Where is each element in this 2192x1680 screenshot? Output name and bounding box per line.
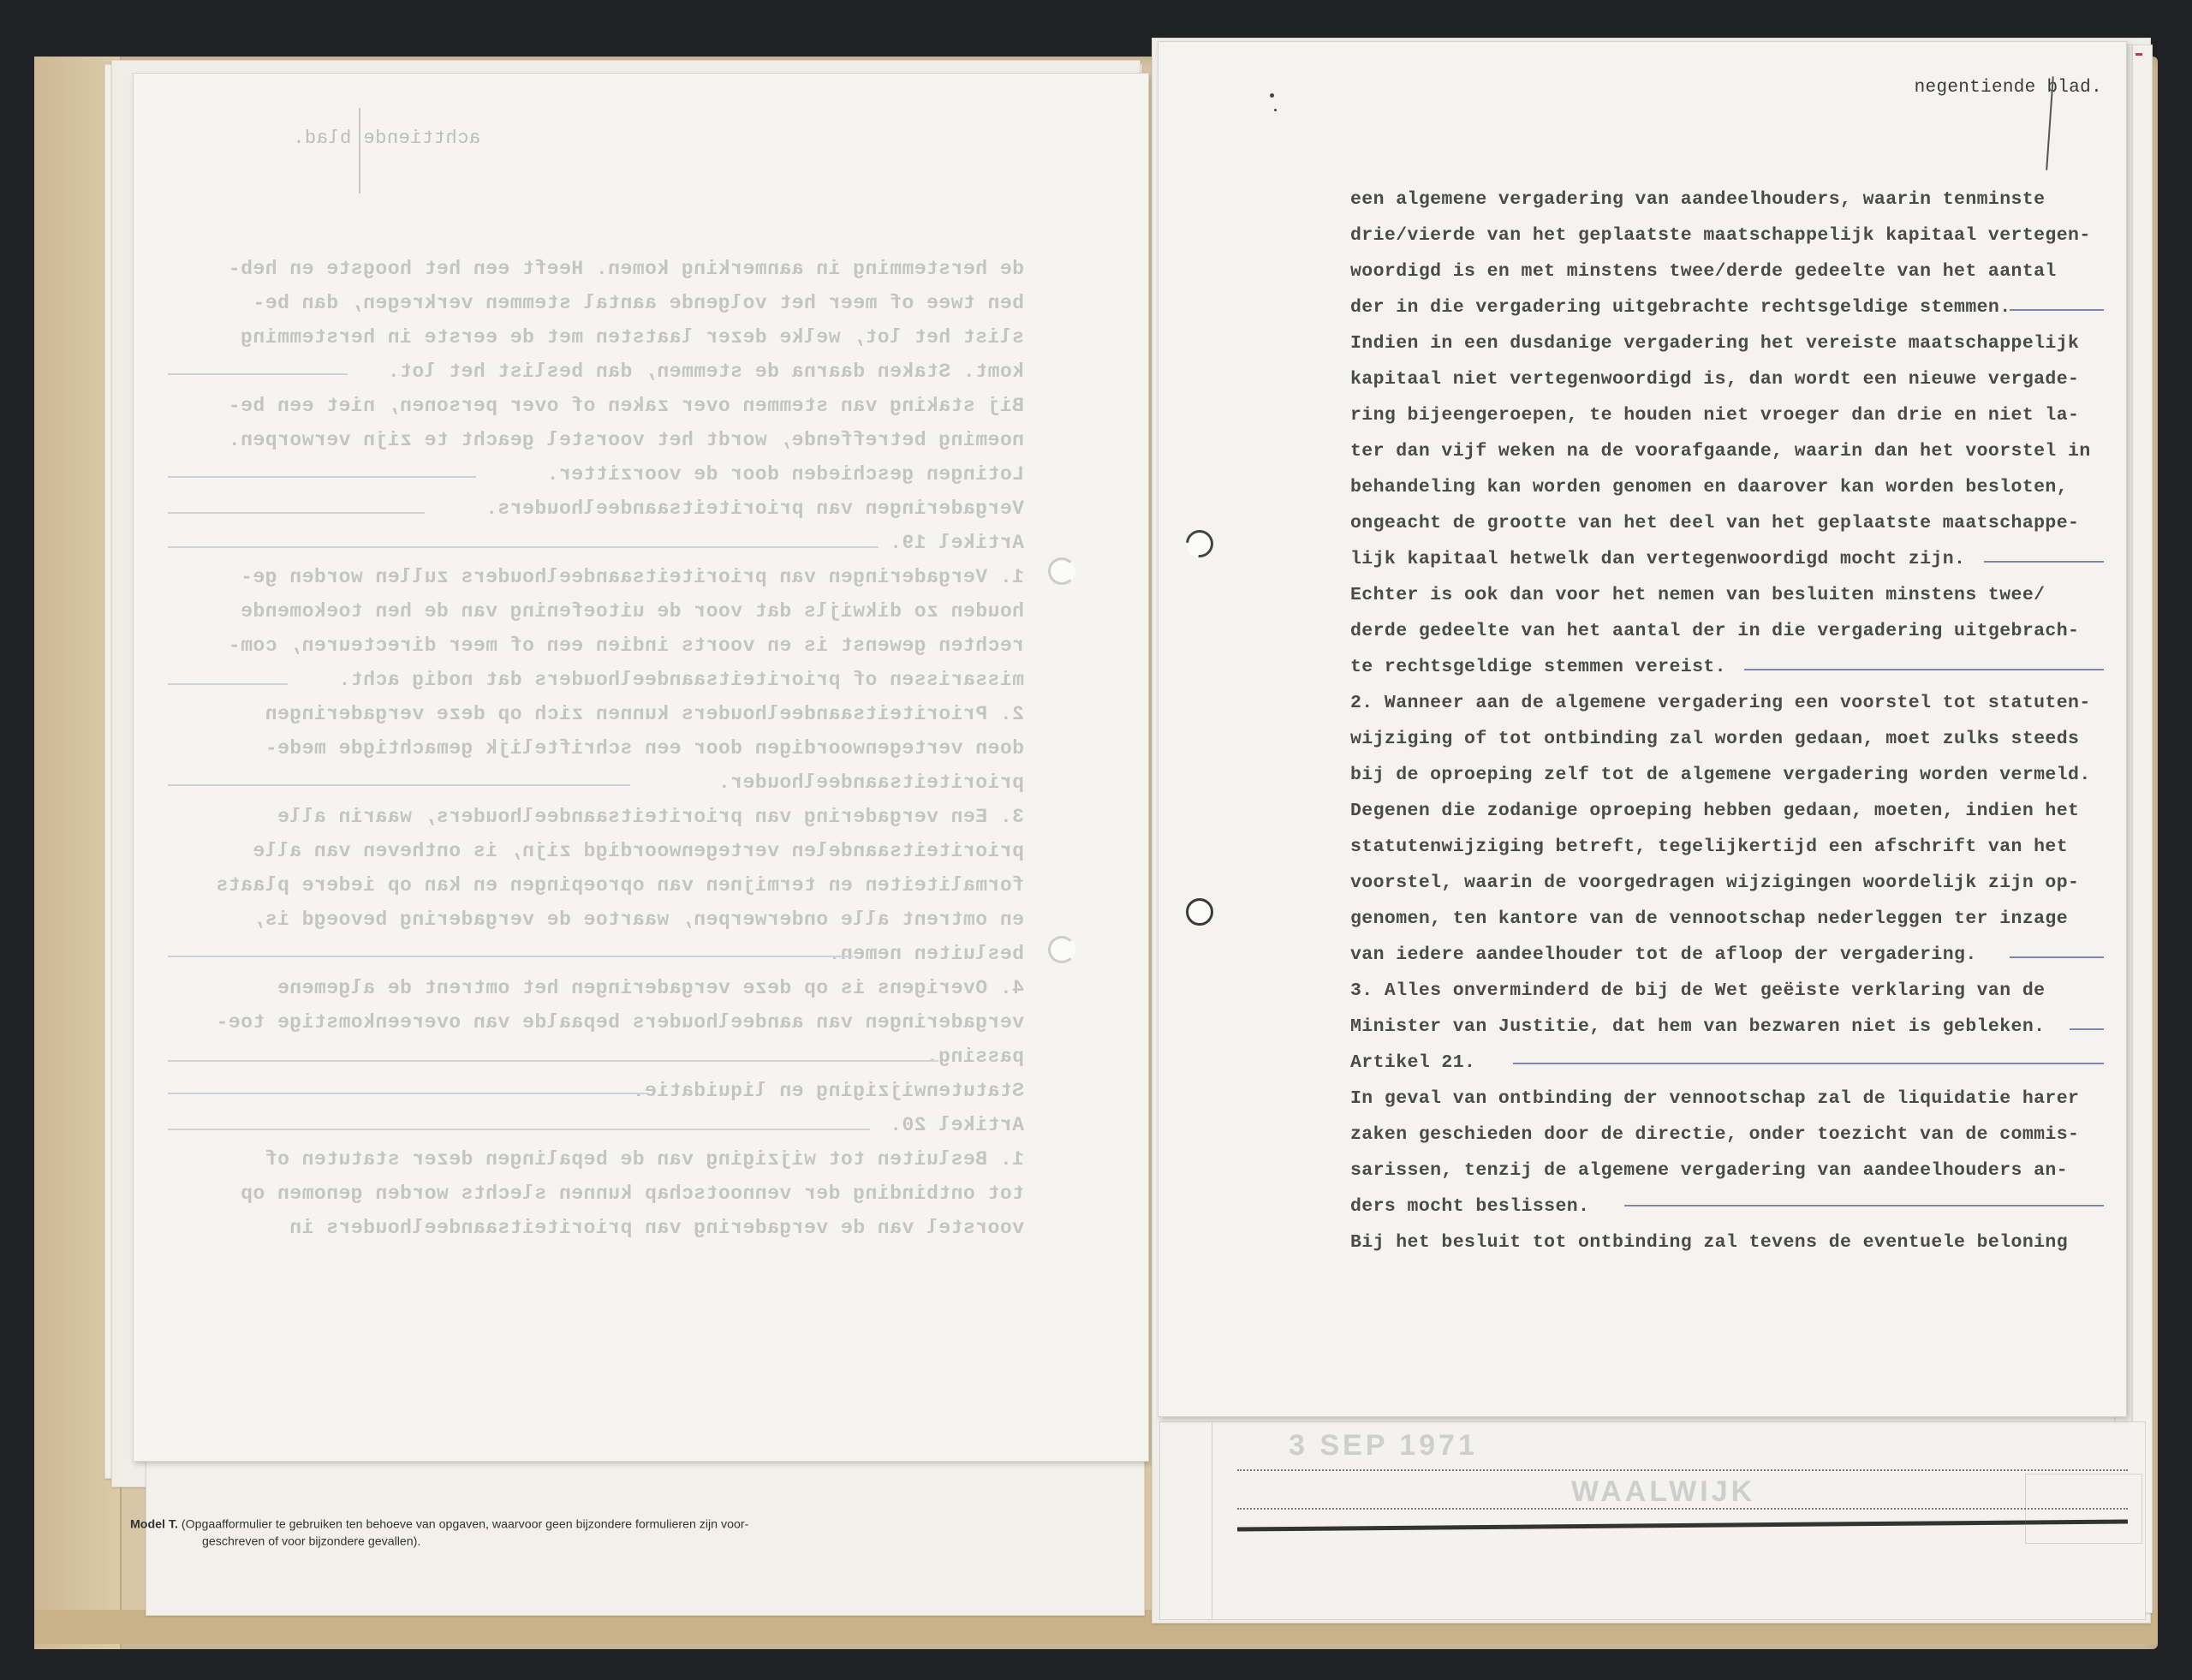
text-line: rechten gewenst is en voorts indien een …	[228, 634, 1024, 657]
fill-rule	[2070, 1028, 2104, 1030]
text-line: prioriteitsaandeelhouder.	[718, 771, 1024, 794]
text-line: In geval van ontbinding der vennootschap…	[1350, 1088, 2079, 1109]
text-line: 3. Een vergadering van prioriteitsaandee…	[277, 806, 1024, 828]
text-line: Artikel 20.	[890, 1114, 1024, 1136]
form-caption-text-2: geschreven of voor bijzondere gevallen).	[130, 1533, 1325, 1550]
text-line: Artikel 21.	[1350, 1052, 1475, 1073]
text-line: woordigd is en met minstens twee/derde g…	[1350, 261, 2057, 282]
page-header: negentiende blad.	[1915, 78, 2102, 98]
fill-rule	[168, 1060, 938, 1062]
punch-hole	[1186, 898, 1213, 926]
text-line: van iedere aandeelhouder tot de afloop d…	[1350, 944, 1977, 965]
text-line: de herstemming in aanmerking komen. Heef…	[228, 258, 1024, 280]
text-line: Minister van Justitie, dat hem van bezwa…	[1350, 1016, 2045, 1037]
text-line: statutenwijziging betreft, tegelijkertij…	[1350, 837, 2068, 857]
text-line: lijk kapitaal hetwelk dan vertegenwoordi…	[1350, 549, 1965, 569]
text-line: en omtrent alle onderwerpen, waartoe de …	[253, 909, 1024, 931]
text-line: zaken geschieden door de directie, onder…	[1350, 1124, 2079, 1145]
text-line: prioriteitsaandelen vertegenwoordigd zij…	[253, 840, 1024, 862]
left-page-header: achttiende blad.	[293, 128, 480, 149]
text-line: kapitaal niet vertegenwoordigd is, dan w…	[1350, 369, 2079, 390]
fill-rule	[168, 1093, 647, 1094]
right-page: negentiende blad. een algemene vergaderi…	[1158, 41, 2127, 1417]
text-line: genomen, ten kantore van de vennootschap…	[1350, 909, 2068, 929]
date-stamp: 3 SEP 1971	[1289, 1429, 1478, 1463]
text-line: drie/vierde van het geplaatste maatschap…	[1350, 225, 2091, 246]
text-line: ben twee of meer het volgende aantal ste…	[253, 292, 1024, 314]
text-line: voorstel van de vergadering van priorite…	[289, 1217, 1024, 1239]
text-line: missarissen of prioriteitsaandeelhouders…	[338, 669, 1024, 691]
red-tab-marker	[2135, 53, 2142, 56]
fill-rule	[168, 1129, 870, 1130]
dotted-line	[1237, 1469, 2128, 1471]
place-stamp: WAALWIJK	[1571, 1475, 1755, 1509]
punch-hole	[1048, 557, 1075, 585]
fill-rule	[2010, 956, 2104, 958]
fill-rule	[1984, 561, 2104, 563]
text-line: ongeacht de grootte van het deel van het…	[1350, 513, 2079, 533]
text-line: te rechtsgeldige stemmen vereist.	[1350, 657, 1726, 677]
text-line: Bij staking van stemmen over zaken of ov…	[228, 395, 1024, 417]
text-line: een algemene vergadering van aandeelhoud…	[1350, 189, 2045, 210]
signature-mark	[359, 108, 360, 194]
text-line: passing.	[926, 1046, 1024, 1068]
form-caption-text: (Opgaafformulier te gebruiken ten behoev…	[182, 1517, 748, 1531]
fill-rule	[1744, 669, 2104, 670]
text-line: 2. Wanneer aan de algemene vergadering e…	[1350, 693, 2091, 713]
fill-rule	[168, 373, 348, 375]
text-line: 1. Besluiten tot wijziging van de bepali…	[265, 1148, 1024, 1171]
fill-rule	[1513, 1063, 2104, 1064]
text-line: ders mocht beslissen.	[1350, 1196, 1589, 1217]
text-line: Statutenwijziging en liquidatie.	[632, 1080, 1024, 1102]
fill-rule	[168, 476, 476, 478]
form-model-label: Model T.	[130, 1517, 178, 1531]
speck	[1270, 93, 1274, 98]
fill-rule	[168, 546, 879, 548]
fill-rule	[168, 512, 425, 514]
text-line: 2. Prioriteitsaandeelhouders kunnen zich…	[265, 703, 1024, 725]
text-line: Indien in een dusdanige vergadering het …	[1350, 333, 2079, 354]
text-line: 1. Vergaderingen van prioriteitsaandeelh…	[241, 566, 1024, 588]
stack-edge	[2132, 45, 2153, 1613]
text-line: sarissen, tenzij de algemene vergadering…	[1350, 1160, 2068, 1181]
text-line: derde gedeelte van het aantal der in die…	[1350, 621, 2079, 641]
text-line: Lotingen geschieden door de voorzitter.	[546, 463, 1024, 486]
text-line: vergaderingen van aandeelhouders bepaald…	[216, 1011, 1024, 1034]
text-line: ring bijeengeroepen, te houden niet vroe…	[1350, 405, 2079, 426]
text-line: wijziging of tot ontbinding zal worden g…	[1350, 729, 2079, 749]
fill-rule	[168, 683, 288, 685]
text-line: Echter is ook dan voor het nemen van bes…	[1350, 585, 2045, 605]
text-line: doen vertegenwoordigen door een schrifte…	[265, 737, 1024, 760]
punch-hole	[1048, 936, 1075, 963]
left-page: achttiende blad. de herstemming in aanme…	[133, 73, 1149, 1462]
punch-hole	[1180, 524, 1218, 563]
form-caption: Model T. (Opgaafformulier te gebruiken t…	[130, 1516, 1325, 1550]
fill-rule	[168, 784, 630, 786]
text-line: ter dan vijf weken na de voorafgaande, w…	[1350, 441, 2091, 462]
text-line: slist het lot, welke dezer laatsten met …	[241, 326, 1024, 349]
text-line: Bij het besluit tot ontbinding zal teven…	[1350, 1232, 2068, 1253]
text-line: 3. Alles onverminderd de bij de Wet geëi…	[1350, 980, 2045, 1001]
speck	[1274, 109, 1277, 111]
text-line: komt. Staken daarna de stemmen, dan besl…	[387, 360, 1024, 383]
heavy-rule	[1237, 1519, 2128, 1531]
text-line: voorstel, waarin de voorgedragen wijzigi…	[1350, 873, 2079, 893]
text-line: Vergaderingen van prioriteitsaandeelhoud…	[485, 497, 1024, 520]
fill-rule	[168, 956, 853, 957]
text-line: Degenen die zodanige oproeping hebben ge…	[1350, 801, 2079, 821]
text-line: tot ontbinding der vennootschap kunnen s…	[241, 1183, 1024, 1205]
text-line: bij de oproeping zelf tot de algemene ve…	[1350, 765, 2091, 785]
fill-rule	[2010, 309, 2104, 311]
text-line: der in die vergadering uitgebrachte rech…	[1350, 297, 2011, 318]
text-line: Artikel 19.	[890, 532, 1024, 554]
stamp-box	[2025, 1474, 2142, 1544]
text-line: houden zo dikwijls dat voor de uitoefeni…	[241, 600, 1024, 623]
text-line: behandeling kan worden genomen en daarov…	[1350, 477, 2068, 497]
text-line: 4. Overigens is op deze vergaderingen he…	[277, 977, 1024, 999]
text-line: formaliteiten en termijnen van oproeping…	[216, 874, 1024, 897]
fill-rule	[1624, 1205, 2104, 1206]
text-line: noeming betreffende, wordt het voorstel …	[228, 429, 1024, 451]
text-line: besluiten nemen.	[828, 943, 1024, 965]
